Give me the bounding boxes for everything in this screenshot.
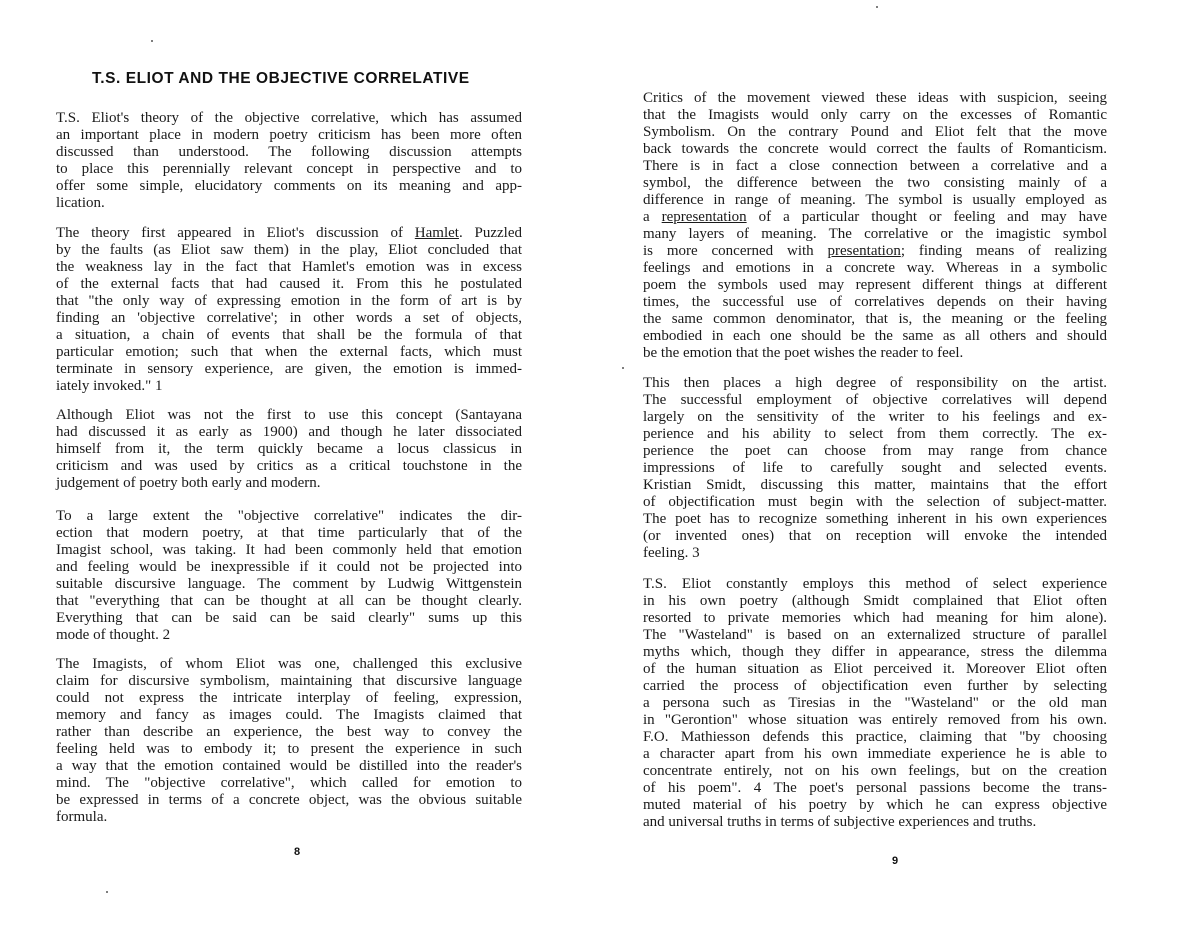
text-line: of the external facts that had caused it… [56, 276, 522, 293]
text-line: feeling held was to embody it; to presen… [56, 741, 522, 758]
scan-speck [151, 40, 153, 42]
text-line: be the emotion that the poet wishes the … [643, 345, 1107, 362]
text-line: largely on the sensitivity of the writer… [643, 409, 1107, 426]
text-line: The "Wasteland" is based on an externali… [643, 627, 1107, 644]
text-line: a persona such as Tiresias in the "Waste… [643, 695, 1107, 712]
text-line: in his own poetry (although Smidt compla… [643, 593, 1107, 610]
text-line: discussed than understood. The following… [56, 144, 522, 161]
text-line: perience the poet can choose from may ra… [643, 443, 1107, 460]
text-line: T.S. Eliot constantly employs this metho… [643, 576, 1107, 593]
text-line: terminate in sensory experience, are giv… [56, 361, 522, 378]
text-line: back towards the concrete would correct … [643, 141, 1107, 158]
text-line: and universal truths in terms of subject… [643, 814, 1107, 831]
right-page: Critics of the movement viewed these ide… [600, 0, 1200, 927]
text-line: a representation of a particular thought… [643, 209, 1107, 226]
text-line: rather than describe an experience, the … [56, 724, 522, 741]
scan-speck [106, 891, 108, 893]
text-line: T.S. Eliot's theory of the objective cor… [56, 110, 522, 127]
text-line: of his poem". 4 The poet's personal pass… [643, 780, 1107, 797]
scan-speck [876, 6, 878, 8]
text-line: embodied in each one should be the same … [643, 328, 1107, 345]
text-line: The theory first appeared in Eliot's dis… [56, 225, 522, 242]
text-line: Everything that can be said can be said … [56, 610, 522, 627]
text-line: Kristian Smidt, discussing this matter, … [643, 477, 1107, 494]
text-line: that "everything that can be thought at … [56, 593, 522, 610]
text-line: to place this perennially relevant conce… [56, 161, 522, 178]
text-line: a situation, a chain of events that shal… [56, 327, 522, 344]
text-line: Symbolism. On the contrary Pound and Eli… [643, 124, 1107, 141]
underlined-text: Hamlet [415, 225, 459, 241]
text-line: lication. [56, 195, 522, 212]
text-line: many layers of meaning. The correlative … [643, 226, 1107, 243]
text-line: times, the successful use of correlative… [643, 294, 1107, 311]
text-line: a character apart from his own immediate… [643, 746, 1107, 763]
text-line: poem the symbols used may represent diff… [643, 277, 1107, 294]
text-line: memory and fancy as images could. The Im… [56, 707, 522, 724]
underlined-text: representation [662, 209, 747, 225]
text-line: is more concerned with presentation; fin… [643, 243, 1107, 260]
text-line: The successful employment of objective c… [643, 392, 1107, 409]
text-line: To a large extent the "objective correla… [56, 508, 522, 525]
text-line: The Imagists, of whom Eliot was one, cha… [56, 656, 522, 673]
text-line: that the Imagists would only carry on th… [643, 107, 1107, 124]
text-line: ection that modern poetry, at that time … [56, 525, 522, 542]
text-line: (or invented ones) that on reception wil… [643, 528, 1107, 545]
text-line: perience and his ability to select from … [643, 426, 1107, 443]
text-line: resorted to private memories which had m… [643, 610, 1107, 627]
text-line: himself from it, the term quickly became… [56, 441, 522, 458]
underlined-text: presentation [828, 243, 901, 259]
text-line: judgement of poetry both early and moder… [56, 475, 522, 492]
scan-speck [622, 367, 624, 369]
text-line: of objectification must begin with the s… [643, 494, 1107, 511]
text-line: formula. [56, 809, 522, 826]
text-line: Imagist school, was taking. It had been … [56, 542, 522, 559]
text-line: of the human situation as Eliot perceive… [643, 661, 1107, 678]
text-line: criticism and was used by critics as a c… [56, 458, 522, 475]
text-line: There is in fact a close connection betw… [643, 158, 1107, 175]
text-line: an important place in modern poetry crit… [56, 127, 522, 144]
text-line: the same common denominator, that is, th… [643, 311, 1107, 328]
text-line: and feeling would be inexpressible if it… [56, 559, 522, 576]
text-line: mode of thought. 2 [56, 627, 522, 644]
text-line: claim for discursive symbolism, maintain… [56, 673, 522, 690]
text-line: suitable discursive language. The commen… [56, 576, 522, 593]
text-line: that "the only way of expressing emotion… [56, 293, 522, 310]
text-line: This then places a high degree of respon… [643, 375, 1107, 392]
text-line: feeling. 3 [643, 545, 1107, 562]
text-line: had discussed it as early as 1900) and t… [56, 424, 522, 441]
left-page: T.S. ELIOT AND THE OBJECTIVE CORRELATIVE… [0, 0, 600, 927]
page-number-left: 8 [294, 846, 300, 858]
text-line: offer some simple, elucidatory comments … [56, 178, 522, 195]
text-line: carried the process of objectification e… [643, 678, 1107, 695]
text-line: The poet has to recognize something inhe… [643, 511, 1107, 528]
text-line: F.O. Mathiesson defends this practice, c… [643, 729, 1107, 746]
text-line: Critics of the movement viewed these ide… [643, 90, 1107, 107]
text-line: finding an 'objective correlative'; in o… [56, 310, 522, 327]
text-line: muted material of his poetry by which he… [643, 797, 1107, 814]
text-line: mind. The "objective correlative", which… [56, 775, 522, 792]
text-line: could not express the intricate interpla… [56, 690, 522, 707]
text-line: in "Gerontion" whose situation was entir… [643, 712, 1107, 729]
text-line: particular emotion; such that when the e… [56, 344, 522, 361]
text-line: difference in range of meaning. The symb… [643, 192, 1107, 209]
text-line: be expressed in terms of a concrete obje… [56, 792, 522, 809]
article-title: T.S. ELIOT AND THE OBJECTIVE CORRELATIVE [92, 70, 492, 88]
text-line: Although Eliot was not the first to use … [56, 407, 522, 424]
text-line: symbol, the difference between the two c… [643, 175, 1107, 192]
text-line: a way that the emotion contained would b… [56, 758, 522, 775]
text-line: impressions of life to carefully sought … [643, 460, 1107, 477]
text-line: myths which, though they differ in appea… [643, 644, 1107, 661]
text-line: by the faults (as Eliot saw them) in the… [56, 242, 522, 259]
text-line: feelings and emotions in a concrete way.… [643, 260, 1107, 277]
text-line: the weakness lay in the fact that Hamlet… [56, 259, 522, 276]
text-line: iately invoked." 1 [56, 378, 522, 395]
page-number-right: 9 [892, 855, 898, 867]
text-line: concentrate entirely, not on his own fee… [643, 763, 1107, 780]
